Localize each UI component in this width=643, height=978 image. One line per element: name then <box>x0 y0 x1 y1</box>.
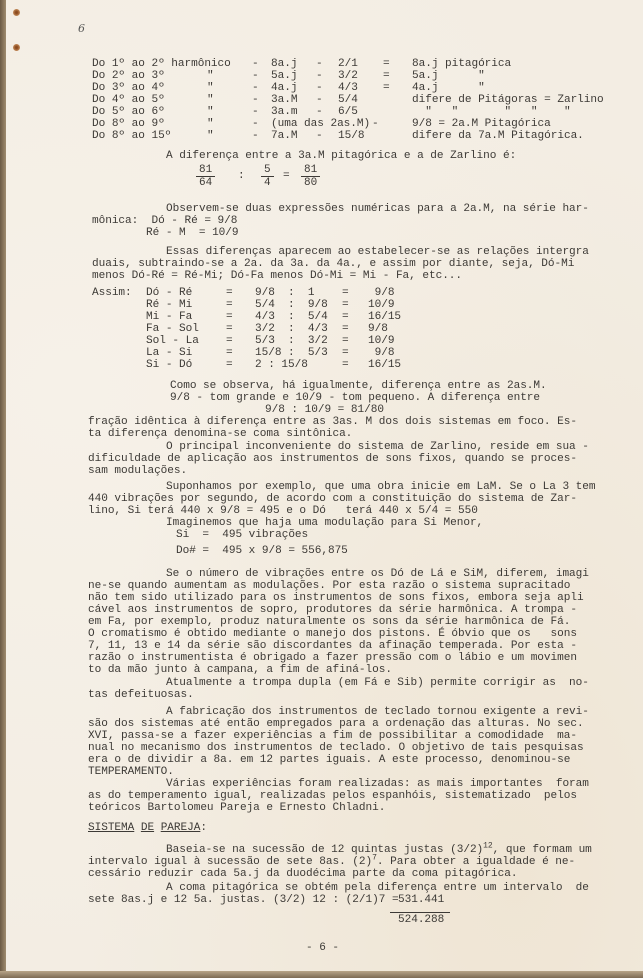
paragraph-line: duais, subtraindo-se a 2a. da 3a. da 4a.… <box>92 258 574 270</box>
harmonic-row-from: Do 3º ao 4º <box>92 82 165 94</box>
paragraph-line: em Fa, por exemplo, produz naturalmente … <box>88 616 570 628</box>
harmonic-row-ditto: " <box>207 106 214 118</box>
harmonic-row-ratio: 15/8 <box>338 130 364 142</box>
assim-result: 9/8 <box>368 323 388 335</box>
dash: - <box>252 82 259 94</box>
assim-result: 10/9 <box>368 335 394 347</box>
dash: - <box>316 82 323 94</box>
fraction-bar <box>390 912 450 913</box>
harmonic-row-from: Do 8º ao 15º <box>92 130 171 142</box>
harmonic-row-interval: 3a.m <box>271 106 297 118</box>
assim-calc: 2 : 15/8 <box>255 359 328 371</box>
harmonic-row-ratio: 3/2 <box>338 70 358 82</box>
assim-pair: La - Si <box>146 347 199 359</box>
assim-result: 10/9 <box>368 299 394 311</box>
assim-result: 16/15 <box>368 311 401 323</box>
paragraph-line: O principal inconveniente do sistema de … <box>166 441 589 453</box>
paragraph-line: menos Dó-Ré = Ré-Mi; Dó-Fa menos Dó-Mi =… <box>92 270 462 282</box>
fraction-numerator: 5 <box>261 164 274 177</box>
equals: = <box>226 359 233 371</box>
harmonic-row-ditto: " <box>207 70 214 82</box>
equals: = <box>226 311 233 323</box>
paragraph-line: 7, 11, 13 e 14 da série são discordantes… <box>88 640 577 652</box>
punch-hole-mark <box>13 44 20 51</box>
dash: - <box>252 118 259 130</box>
harmonic-row-ditto: " <box>207 118 214 130</box>
paragraph-line: Baseia-se na sucessão de 12 quintas just… <box>166 844 592 856</box>
paragraph-line: Suponhamos por exemplo, que uma obra ini… <box>166 481 595 493</box>
text-span: . Para obter a igualdade é ne- <box>377 856 575 868</box>
harmonic-row-from: Do 1º ao 2º harmônico <box>92 58 231 70</box>
equals: = <box>342 347 349 359</box>
equals: = <box>383 82 390 94</box>
paragraph-line: Do# = 495 x 9/8 = 556,875 <box>176 545 348 557</box>
paragraph-line: sete 8as.j e 12 5a. justas. (3/2) 12 : (… <box>88 894 399 906</box>
equals: = <box>342 323 349 335</box>
assim-calc: 4/3 : 5/4 <box>255 311 328 323</box>
assim-calc: 5/4 : 9/8 <box>255 299 328 311</box>
harmonic-row-ratio: 4/3 <box>338 82 358 94</box>
assim-pair: Mi - Fa <box>146 311 199 323</box>
harmonic-row-note: 8a.j pitagórica <box>412 58 511 70</box>
equals: = <box>342 287 349 299</box>
harmonic-row-ratio: 6/5 <box>338 106 358 118</box>
assim-pair: Sol - La <box>146 335 199 347</box>
fraction-denominator: 4 <box>261 177 274 189</box>
punch-hole-mark <box>13 9 20 16</box>
paragraph-line: TEMPERAMENTO. <box>88 766 174 778</box>
assim-pair: Si - Dó <box>146 359 199 371</box>
paragraph-line: XVI, passa-se a fazer experiências a fim… <box>88 730 577 742</box>
paragraph-line: são dos sistemas até então empregados pa… <box>88 718 584 730</box>
fraction-numerator: 81 <box>196 164 215 177</box>
dash: - <box>252 106 259 118</box>
assim-calc: 3/2 : 4/3 <box>255 323 328 335</box>
equals: = <box>342 299 349 311</box>
harmonic-row-interval: 3a.M <box>271 94 297 106</box>
paragraph-line: razão o instrumentista é obrigado a faze… <box>88 652 577 664</box>
dash: - <box>252 70 259 82</box>
fraction-5-4: 54 <box>261 164 274 189</box>
assim-result: 9/8 <box>368 347 394 359</box>
operator: : <box>238 170 245 182</box>
harmonic-row-from: Do 2º ao 3º <box>92 70 165 82</box>
harmonic-row-note: difere de Pitágoras = Zarlino <box>412 94 604 106</box>
paper-bottom-edge <box>0 971 643 978</box>
harmonic-row-note: difere da 7a.M Pitagórica. <box>412 130 584 142</box>
assim-calc: 5/3 : 3/2 <box>255 335 328 347</box>
assim-result: 16/15 <box>368 359 401 371</box>
handwritten-page-number: 6 <box>78 22 85 35</box>
paragraph-line: Se o número de vibrações entre os Dó de … <box>166 568 589 580</box>
paragraph-line: A diferença entre a 3a.M pitagórica e a … <box>166 150 516 162</box>
harmonic-row-interval: 8a.j <box>271 58 297 70</box>
paragraph-line: Ré - M = 10/9 <box>146 227 239 239</box>
equals: = <box>342 359 349 371</box>
harmonic-row-interval: (uma das 2as.M) <box>271 118 370 130</box>
fraction-81-64: 8164 <box>196 164 215 189</box>
harmonic-row-interval: 5a.j <box>271 70 297 82</box>
paragraph-line: Como se observa, há igualmente, diferenç… <box>170 380 547 392</box>
paragraph-line: Essas diferenças aparecem ao estabelecer… <box>166 246 589 258</box>
paragraph-line: não tem sido utilizado para os instrumen… <box>88 592 584 604</box>
operator: = <box>283 170 290 182</box>
dash: - <box>316 106 323 118</box>
paragraph-line: Várias experiências foram realizadas: as… <box>166 778 589 790</box>
paragraph-line: fração idêntica à diferença entre as 3as… <box>88 416 577 428</box>
paragraph-line: to da mão junto à campana, a fim de afin… <box>88 664 392 676</box>
dash: - <box>316 94 323 106</box>
page-footer: - 6 - <box>306 942 339 954</box>
paragraph-line: sam modulações. <box>88 465 187 477</box>
dash: - <box>316 58 323 70</box>
paragraph-line: 9/8 - tom grande e 10/9 - tom pequeno. A… <box>170 392 540 404</box>
paragraph-line: teóricos Bartolomeu Pareja e Ernesto Chl… <box>88 802 385 814</box>
dash: - <box>252 58 259 70</box>
assim-calc: 9/8 : 1 <box>255 287 328 299</box>
assim-pair: Dó - Ré <box>146 287 199 299</box>
paragraph-line: era o de dividir a 8a. em 12 partes igua… <box>88 754 570 766</box>
dash: - <box>252 94 259 106</box>
paragraph-line: as do temperamento igual, realizadas pel… <box>88 790 577 802</box>
equals: = <box>383 58 390 70</box>
fraction-denominator: 64 <box>196 177 215 189</box>
dash: - <box>316 70 323 82</box>
section-heading: SISTEMA DE PAREJA: <box>88 822 207 834</box>
paragraph-line: ne-se quando aumentam as modulações. Por… <box>88 580 570 592</box>
paragraph-line: tas defeituosas. <box>88 689 194 701</box>
paragraph-line: dificuldade de aplicação aos instrumento… <box>88 453 577 465</box>
harmonic-row-ditto: " <box>207 130 214 142</box>
harmonic-row-ditto: " <box>207 94 214 106</box>
fraction-denominator: 524.288 <box>398 914 444 926</box>
equals: = <box>342 335 349 347</box>
fraction-numerator: 81 <box>301 164 320 177</box>
harmonic-row-ratio: 2/1 <box>338 58 358 70</box>
text-span: Baseia-se na sucessão de 12 quintas just… <box>166 844 483 856</box>
assim-result: 9/8 <box>368 287 394 299</box>
paragraph-line: mônica: Dó - Ré = 9/8 <box>92 215 237 227</box>
harmonic-row-note: 9/8 = 2a.M Pitagórica <box>412 118 551 130</box>
dash: - <box>252 130 259 142</box>
assim-label: Assim: <box>92 287 132 299</box>
exponent: 12 <box>483 841 493 850</box>
harmonic-row-interval: 4a.j <box>271 82 297 94</box>
paragraph-line: nual no mecanismo dos instrumentos de te… <box>88 742 584 754</box>
harmonic-row-from: Do 8º ao 9º <box>92 118 165 130</box>
equals: = <box>342 311 349 323</box>
harmonic-row-interval: 7a.M <box>271 130 297 142</box>
harmonic-row-from: Do 5º ao 6º <box>92 106 165 118</box>
assim-pair: Ré - Mi <box>146 299 199 311</box>
paragraph-line: Atualmente a trompa dupla (em Fá e Sib) … <box>166 677 589 689</box>
equals: = <box>226 347 233 359</box>
paragraph-line: intervalo igual à sucessão de sete 8as. … <box>88 856 575 868</box>
paragraph-line: 9/8 : 10/9 = 81/80 <box>265 404 384 416</box>
paragraph-line: Imaginemos que haja uma modulação para S… <box>166 517 483 529</box>
harmonic-row-note: 5a.j " <box>412 70 485 82</box>
dash: - <box>372 118 379 130</box>
harmonic-row-note: 4a.j " <box>412 82 485 94</box>
paragraph-line: cável aos instrumentos de sopro, produto… <box>88 604 577 616</box>
paragraph-line: Si = 495 vibrações <box>176 529 308 541</box>
paragraph-line: ta diferença denomina-se coma sintônica. <box>88 428 352 440</box>
fraction-denominator: 80 <box>301 177 320 189</box>
equals: = <box>383 70 390 82</box>
paragraph-line: O cromatismo é obtido mediante o manejo … <box>88 628 577 640</box>
paragraph-line: cessário reduzir cada 5a.j da duodécima … <box>88 868 517 880</box>
equals: = <box>226 299 233 311</box>
dash: - <box>316 130 323 142</box>
harmonic-row-from: Do 4º ao 5º <box>92 94 165 106</box>
harmonic-row-ditto: " <box>207 82 214 94</box>
paragraph-line: A coma pitagórica se obtém pela diferenç… <box>166 882 589 894</box>
text-span: intervalo igual à sucessão de sete 8as. … <box>88 856 372 868</box>
text-span: , que formam um <box>493 844 592 856</box>
document-page: 6 Do 1º ao 2º harmônico-8a.j-2/1=8a.j pi… <box>6 0 643 972</box>
assim-calc: 15/8 : 5/3 <box>255 347 328 359</box>
fraction-numerator: 531.441 <box>398 894 444 906</box>
fraction-81-80: 8180 <box>301 164 320 189</box>
equals: = <box>226 287 233 299</box>
paragraph-line: Observem-se duas expressões numéricas pa… <box>166 203 589 215</box>
paragraph-line: lino, Si terá 440 x 9/8 = 495 e o Dó ter… <box>88 505 478 517</box>
harmonic-row-ratio: 5/4 <box>338 94 358 106</box>
harmonic-row-note: " " " " " <box>412 106 571 118</box>
equals: = <box>226 335 233 347</box>
paragraph-line: A fabricação dos instrumentos de teclado… <box>166 706 589 718</box>
assim-pair: Fa - Sol <box>146 323 199 335</box>
equals: = <box>226 323 233 335</box>
paragraph-line: 440 vibrações por segundo, de acordo com… <box>88 493 577 505</box>
